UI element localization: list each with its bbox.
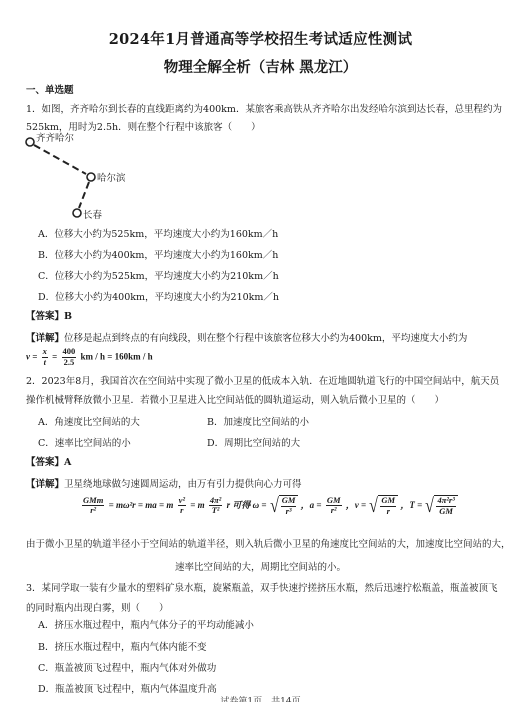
denominator: t <box>44 358 46 368</box>
station-qiqihar: 齐齐哈尔 <box>36 130 74 144</box>
denominator: r <box>387 507 390 517</box>
q1-option-b[interactable]: B．位移大小约为400km，平均速度大小约为160km／h <box>38 247 278 261</box>
formula-lhs: v = <box>26 351 37 361</box>
option-text: 位移大小约为525km，平均速度大小约为160km／h <box>54 229 278 240</box>
formula-t-eq: ，T = <box>400 500 422 510</box>
denominator: r³ <box>286 507 292 517</box>
fraction-4pi2-over-t2: 4π²T² <box>209 496 222 517</box>
q3-option-c[interactable]: C．瓶盖被顶飞过程中，瓶内气体对外做功 <box>38 660 216 674</box>
denominator: 2.5 <box>64 358 75 368</box>
document-title: 2024年1月普通高等学校招生考试适应性测试 <box>0 28 521 49</box>
equals-sign: = <box>52 351 57 361</box>
formula-omega-eq: r 可得 ω = <box>227 500 267 510</box>
fraction-gmm-over-r2: GMmr² <box>82 496 104 517</box>
detail-text: 位移是起点到终点的有向线段，则在整个行程中该旅客位移大小约为400km，平均速度… <box>64 333 467 344</box>
denominator: r <box>180 506 183 516</box>
detail-text: 卫星绕地球做匀速圆周运动，由万有引力提供向心力可得 <box>64 479 302 490</box>
q1-stem-line1: 1．如图，齐齐哈尔到长春的直线距离约为400km．某旅客乘高铁从齐齐哈尔出发经哈… <box>26 101 502 115</box>
option-text: 周期比空间站的大 <box>224 438 300 449</box>
formula-a-eq: ，a = <box>301 500 322 510</box>
option-text: 角速度比空间站的大 <box>54 417 140 428</box>
option-label: D． <box>207 438 224 449</box>
q1-option-c[interactable]: C．位移大小约为525km，平均速度大小约为210km／h <box>38 268 279 282</box>
option-label: B． <box>38 642 54 653</box>
option-text: 速率比空间站的小 <box>55 438 131 449</box>
sqrt-gm-over-r: √GMr <box>368 495 398 517</box>
q1-option-a[interactable]: A．位移大小约为525km，平均速度大小约为160km／h <box>38 226 278 240</box>
detail-tag: 【详解】 <box>26 333 64 344</box>
formula-eq-m: = m <box>190 500 204 510</box>
option-label: A． <box>38 620 54 631</box>
q2-option-b[interactable]: B．加速度比空间站的小 <box>207 414 309 428</box>
fraction-x-over-t: xt <box>42 347 48 368</box>
denominator: GM <box>439 507 453 517</box>
option-text: 加速度比空间站的小 <box>223 417 309 428</box>
station-changchun: 长春 <box>83 207 102 221</box>
answer-value: A <box>64 457 71 468</box>
option-text: 挤压水瓶过程中，瓶内气体内能不变 <box>54 642 206 653</box>
detail-tag: 【详解】 <box>26 479 64 490</box>
option-text: 位移大小约为400km，平均速度大小约为160km／h <box>54 250 278 261</box>
radical-icon: √ <box>270 496 279 516</box>
answer-tag: 【答案】 <box>26 311 64 322</box>
q2-option-c[interactable]: C．速率比空间站的小 <box>38 435 131 449</box>
option-text: 位移大小约为400km，平均速度大小约为210km／h <box>55 292 279 303</box>
q3-option-a[interactable]: A．挤压水瓶过程中，瓶内气体分子的平均动能减小 <box>38 617 254 631</box>
q3-option-d[interactable]: D．瓶盖被顶飞过程中，瓶内气体温度升高 <box>38 681 217 695</box>
q1-answer: 【答案】B <box>26 308 72 322</box>
fraction-v2-over-r: v²r <box>178 496 186 517</box>
q2-answer: 【答案】A <box>26 454 71 468</box>
option-label: A． <box>38 417 54 428</box>
q3-stem-line2: 的同时瓶内出现白雾，则（ ） <box>26 600 169 614</box>
option-text: 位移大小约为525km，平均速度大小约为210km／h <box>55 271 279 282</box>
sqrt-gm-over-r3: √GMr³ <box>269 495 299 517</box>
q1-formula: v = xt = 4002.5 km / h = 160km / h <box>26 347 153 368</box>
radical-icon: √ <box>426 496 435 516</box>
option-label: C． <box>38 663 55 674</box>
q1-detail: 【详解】位移是起点到终点的有向线段，则在整个行程中该旅客位移大小约为400km，… <box>26 330 467 344</box>
q2-option-d[interactable]: D．周期比空间站的大 <box>207 435 300 449</box>
denominator: r² <box>90 506 96 516</box>
fraction-gm-over-r2: GMr² <box>326 496 342 517</box>
q3-stem-line1: 3．某同学取一装有少量水的塑料矿泉水瓶，旋紧瓶盖，双手快速拧搓挤压水瓶，然后迅速… <box>26 580 498 594</box>
q2-stem-line1: 2．2023年8月，我国首次在空间站中实现了微小卫星的低成本入轨．在近地圆轨道飞… <box>26 373 499 387</box>
route-diagram: 齐齐哈尔 哈尔滨 长春 <box>20 130 220 220</box>
sqrt-4pi2r3-over-gm: √4π²r³GM <box>424 495 457 517</box>
formula-rhs: km / h = 160km / h <box>81 351 153 361</box>
q2-stem-line2: 操作机械臂释放微小卫星．若微小卫星进入比空间站低的圆轨道运动，则入轨后微小卫星的… <box>26 392 444 406</box>
answer-tag: 【答案】 <box>26 457 64 468</box>
q3-option-b[interactable]: B．挤压水瓶过程中，瓶内气体内能不变 <box>38 639 207 653</box>
denominator: T² <box>212 506 220 516</box>
radical-icon: √ <box>369 496 378 516</box>
fraction-400-over-2.5: 4002.5 <box>62 347 77 368</box>
option-label: B． <box>207 417 223 428</box>
page-footer: 试卷第1页，共14页 <box>0 694 521 702</box>
q2-conclusion-line1: 由于微小卫星的轨道半径小于空间站的轨道半径，则入轨后微小卫星的角速度比空间站的大… <box>26 536 511 550</box>
answer-value: B <box>64 311 72 322</box>
option-label: A． <box>38 229 54 240</box>
q2-detail: 【详解】卫星绕地球做匀速圆周运动，由万有引力提供向心力可得 <box>26 476 302 490</box>
option-label: C． <box>38 438 55 449</box>
document-subtitle: 物理全解全析（吉林 黑龙江） <box>0 56 521 77</box>
option-label: D． <box>38 292 55 303</box>
q2-option-a[interactable]: A．角速度比空间站的大 <box>38 414 140 428</box>
option-label: C． <box>38 271 55 282</box>
section-heading: 一、单选题 <box>26 82 74 96</box>
option-label: B． <box>38 250 54 261</box>
station-harbin: 哈尔滨 <box>97 170 126 184</box>
option-text: 瓶盖被顶飞过程中，瓶内气体对外做功 <box>55 663 217 674</box>
formula-chain: = mω²r = ma = m <box>109 500 174 510</box>
formula-v-eq: ，v = <box>346 500 366 510</box>
option-text: 挤压水瓶过程中，瓶内气体分子的平均动能减小 <box>54 620 254 631</box>
q1-option-d[interactable]: D．位移大小约为400km，平均速度大小约为210km／h <box>38 289 279 303</box>
denominator: r² <box>331 506 337 516</box>
q2-conclusion-line2: 速率比空间站的大，周期比空间站的小。 <box>0 559 521 573</box>
q2-formula: GMmr² = mω²r = ma = m v²r = m 4π²T² r 可得… <box>80 495 458 517</box>
